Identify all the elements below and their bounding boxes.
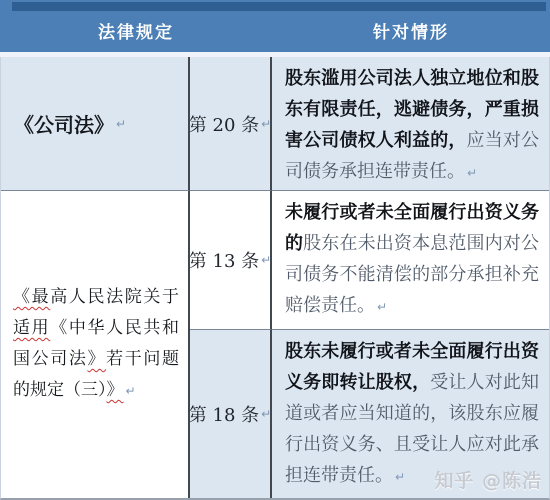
provision-13-rest-text: 股东在未出资本息范围内对公司债务不能清偿的部分承担补充赔偿责任。: [285, 233, 539, 316]
article-18-label: 第 18 条: [189, 401, 259, 427]
spellcheck-squiggle-segment: 适用: [13, 318, 50, 338]
paragraph-mark: ↵: [126, 384, 136, 398]
table-header-row: 法律规定 针对情形: [0, 0, 550, 52]
spellcheck-squiggle-segment: 》: [107, 380, 124, 400]
article-cell-18: 第 18 条↵: [190, 330, 272, 498]
paragraph-mark: ↵: [395, 470, 405, 484]
article-13-label: 第 13 条: [189, 247, 259, 273]
law-cell-judicial-interpretation: 《最高人民法院关于适用《中华人民共和国公司法》若干问题的规定（三）》↵: [1, 191, 190, 498]
article-cell-20: 第 20 条↵: [190, 57, 272, 191]
paragraph-mark: ↵: [467, 166, 477, 180]
law-cell-company-law: 《公司法》↵: [1, 57, 190, 191]
judicial-interpretation-title: 《最高人民法院关于适用《中华人民共和国公司法》若干问题的规定（三）》↵: [13, 282, 179, 407]
company-law-title: 《公司法》: [14, 109, 114, 138]
spellcheck-squiggle-segment: 》: [88, 349, 107, 369]
paragraph-mark: ↵: [377, 300, 387, 314]
article-20-label: 第 20 条: [189, 111, 259, 137]
zhihu-watermark: 知乎 @陈浩: [434, 466, 542, 493]
provision-cell-article-13: 未履行或者未全面履行出资义务的股东在未出资本息范围内对公司债务不能清偿的部分承担…: [272, 191, 549, 330]
spellcheck-squiggle-segment: 《最: [13, 287, 50, 307]
paragraph-mark: ↵: [261, 117, 271, 131]
paragraph-mark: ↵: [261, 253, 271, 267]
table-body: 《公司法》↵ 第 20 条↵ 股东滥用公司法人独立地位和股东有限责任，逃避债务，…: [0, 57, 550, 500]
paragraph-mark: ↵: [116, 117, 126, 131]
header-top-border: [12, 2, 546, 11]
legal-table-document: 法律规定 针对情形 《公司法》↵ 第 20 条↵ 股东滥用公司法人独立地位和股东…: [0, 0, 550, 500]
provision-cell-article-20: 股东滥用公司法人独立地位和股东有限责任，逃避债务，严重损害公司债权人利益的，应当…: [272, 57, 549, 191]
paragraph-mark: ↵: [261, 407, 271, 421]
article-cell-13: 第 13 条↵: [190, 191, 272, 330]
